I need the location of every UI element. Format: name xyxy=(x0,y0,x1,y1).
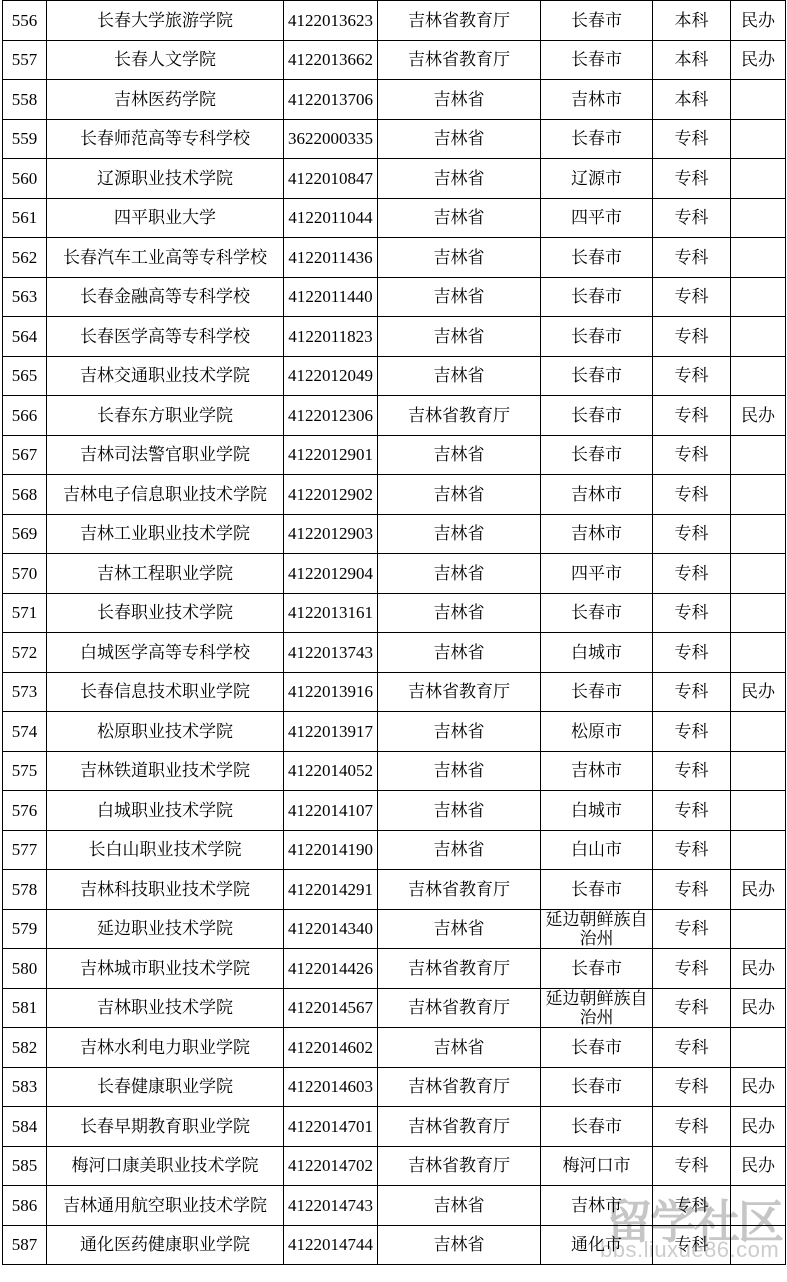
school-name-cell: 长春信息技术职业学院 xyxy=(47,672,284,712)
authority-cell: 吉林省 xyxy=(378,119,541,159)
table-row: 556长春大学旅游学院4122013623吉林省教育厅长春市本科民办 xyxy=(3,1,786,41)
school-name-cell: 长春医学高等专科学校 xyxy=(47,317,284,357)
school-code-cell: 4122013706 xyxy=(284,80,378,120)
row-number-cell: 565 xyxy=(3,356,47,396)
table-row: 572白城医学高等专科学校4122013743吉林省白城市专科 xyxy=(3,633,786,673)
row-number-cell: 577 xyxy=(3,830,47,870)
table-row: 579延边职业技术学院4122014340吉林省延边朝鲜族自治州专科 xyxy=(3,909,786,949)
table-row: 584长春早期教育职业学院4122014701吉林省教育厅长春市专科民办 xyxy=(3,1107,786,1147)
school-name-cell: 长白山职业技术学院 xyxy=(47,830,284,870)
ownership-cell xyxy=(731,435,786,475)
school-code-cell: 4122014190 xyxy=(284,830,378,870)
table-row: 574松原职业技术学院4122013917吉林省松原市专科 xyxy=(3,712,786,752)
level-cell: 专科 xyxy=(653,396,731,436)
row-number-cell: 572 xyxy=(3,633,47,673)
row-number-cell: 566 xyxy=(3,396,47,436)
school-code-cell: 4122012902 xyxy=(284,475,378,515)
city-cell: 松原市 xyxy=(541,712,653,752)
school-name-cell: 吉林交通职业技术学院 xyxy=(47,356,284,396)
row-number-cell: 586 xyxy=(3,1186,47,1226)
authority-cell: 吉林省 xyxy=(378,238,541,278)
level-cell: 专科 xyxy=(653,475,731,515)
city-cell: 通化市 xyxy=(541,1225,653,1265)
table-row: 580吉林城市职业技术学院4122014426吉林省教育厅长春市专科民办 xyxy=(3,949,786,989)
table-row: 564长春医学高等专科学校4122011823吉林省长春市专科 xyxy=(3,317,786,357)
school-name-cell: 吉林工程职业学院 xyxy=(47,554,284,594)
row-number-cell: 560 xyxy=(3,159,47,199)
school-name-cell: 吉林医药学院 xyxy=(47,80,284,120)
table-row: 577长白山职业技术学院4122014190吉林省白山市专科 xyxy=(3,830,786,870)
row-number-cell: 563 xyxy=(3,277,47,317)
ownership-cell: 民办 xyxy=(731,1,786,41)
ownership-cell xyxy=(731,791,786,831)
table-row: 578吉林科技职业技术学院4122014291吉林省教育厅长春市专科民办 xyxy=(3,870,786,910)
level-cell: 专科 xyxy=(653,672,731,712)
authority-cell: 吉林省教育厅 xyxy=(378,988,541,1028)
city-cell: 长春市 xyxy=(541,277,653,317)
row-number-cell: 567 xyxy=(3,435,47,475)
row-number-cell: 569 xyxy=(3,514,47,554)
school-code-cell: 4122013743 xyxy=(284,633,378,673)
ownership-cell xyxy=(731,1028,786,1068)
authority-cell: 吉林省 xyxy=(378,475,541,515)
school-code-cell: 4122014291 xyxy=(284,870,378,910)
authority-cell: 吉林省 xyxy=(378,554,541,594)
table-row: 583长春健康职业学院4122014603吉林省教育厅长春市专科民办 xyxy=(3,1067,786,1107)
row-number-cell: 571 xyxy=(3,593,47,633)
ownership-cell: 民办 xyxy=(731,1107,786,1147)
school-code-cell: 4122013623 xyxy=(284,1,378,41)
city-cell: 长春市 xyxy=(541,672,653,712)
row-number-cell: 568 xyxy=(3,475,47,515)
school-code-cell: 4122012904 xyxy=(284,554,378,594)
school-code-cell: 3622000335 xyxy=(284,119,378,159)
school-name-cell: 吉林工业职业技术学院 xyxy=(47,514,284,554)
city-cell: 长春市 xyxy=(541,356,653,396)
level-cell: 专科 xyxy=(653,909,731,949)
authority-cell: 吉林省 xyxy=(378,277,541,317)
school-name-cell: 吉林铁道职业技术学院 xyxy=(47,751,284,791)
level-cell: 专科 xyxy=(653,1225,731,1265)
school-name-cell: 延边职业技术学院 xyxy=(47,909,284,949)
row-number-cell: 562 xyxy=(3,238,47,278)
level-cell: 本科 xyxy=(653,1,731,41)
authority-cell: 吉林省教育厅 xyxy=(378,1,541,41)
level-cell: 专科 xyxy=(653,1146,731,1186)
authority-cell: 吉林省 xyxy=(378,159,541,199)
ownership-cell: 民办 xyxy=(731,672,786,712)
level-cell: 专科 xyxy=(653,514,731,554)
city-cell: 吉林市 xyxy=(541,514,653,554)
row-number-cell: 556 xyxy=(3,1,47,41)
school-name-cell: 长春金融高等专科学校 xyxy=(47,277,284,317)
authority-cell: 吉林省 xyxy=(378,435,541,475)
city-cell: 长春市 xyxy=(541,238,653,278)
row-number-cell: 576 xyxy=(3,791,47,831)
city-cell: 延边朝鲜族自治州 xyxy=(541,909,653,949)
level-cell: 专科 xyxy=(653,277,731,317)
school-name-cell: 吉林职业技术学院 xyxy=(47,988,284,1028)
level-cell: 专科 xyxy=(653,356,731,396)
city-cell: 长春市 xyxy=(541,870,653,910)
school-name-cell: 长春东方职业学院 xyxy=(47,396,284,436)
table-row: 571长春职业技术学院4122013161吉林省长春市专科 xyxy=(3,593,786,633)
level-cell: 专科 xyxy=(653,317,731,357)
ownership-cell: 民办 xyxy=(731,40,786,80)
table-row: 558吉林医药学院4122013706吉林省吉林市本科 xyxy=(3,80,786,120)
ownership-cell xyxy=(731,830,786,870)
city-cell: 长春市 xyxy=(541,435,653,475)
table-row: 575吉林铁道职业技术学院4122014052吉林省吉林市专科 xyxy=(3,751,786,791)
school-name-cell: 长春人文学院 xyxy=(47,40,284,80)
level-cell: 专科 xyxy=(653,712,731,752)
city-cell: 吉林市 xyxy=(541,1186,653,1226)
school-name-cell: 吉林通用航空职业技术学院 xyxy=(47,1186,284,1226)
school-name-cell: 四平职业大学 xyxy=(47,198,284,238)
school-code-cell: 4122011823 xyxy=(284,317,378,357)
school-name-cell: 吉林司法警官职业学院 xyxy=(47,435,284,475)
row-number-cell: 585 xyxy=(3,1146,47,1186)
school-code-cell: 4122013662 xyxy=(284,40,378,80)
ownership-cell xyxy=(731,554,786,594)
school-code-cell: 4122014743 xyxy=(284,1186,378,1226)
row-number-cell: 581 xyxy=(3,988,47,1028)
city-cell: 吉林市 xyxy=(541,751,653,791)
row-number-cell: 578 xyxy=(3,870,47,910)
level-cell: 专科 xyxy=(653,1107,731,1147)
school-code-cell: 4122014702 xyxy=(284,1146,378,1186)
row-number-cell: 583 xyxy=(3,1067,47,1107)
ownership-cell: 民办 xyxy=(731,949,786,989)
authority-cell: 吉林省 xyxy=(378,593,541,633)
authority-cell: 吉林省 xyxy=(378,830,541,870)
city-cell: 四平市 xyxy=(541,198,653,238)
universities-table-body: 556长春大学旅游学院4122013623吉林省教育厅长春市本科民办557长春人… xyxy=(3,1,786,1265)
ownership-cell xyxy=(731,356,786,396)
authority-cell: 吉林省 xyxy=(378,751,541,791)
level-cell: 专科 xyxy=(653,751,731,791)
school-code-cell: 4122012901 xyxy=(284,435,378,475)
row-number-cell: 559 xyxy=(3,119,47,159)
school-name-cell: 通化医药健康职业学院 xyxy=(47,1225,284,1265)
authority-cell: 吉林省教育厅 xyxy=(378,396,541,436)
authority-cell: 吉林省 xyxy=(378,1028,541,1068)
table-row: 566长春东方职业学院4122012306吉林省教育厅长春市专科民办 xyxy=(3,396,786,436)
authority-cell: 吉林省教育厅 xyxy=(378,1146,541,1186)
authority-cell: 吉林省 xyxy=(378,317,541,357)
authority-cell: 吉林省 xyxy=(378,909,541,949)
level-cell: 专科 xyxy=(653,791,731,831)
table-row: 563长春金融高等专科学校4122011440吉林省长春市专科 xyxy=(3,277,786,317)
school-code-cell: 4122014340 xyxy=(284,909,378,949)
ownership-cell xyxy=(731,198,786,238)
table-row: 581吉林职业技术学院4122014567吉林省教育厅延边朝鲜族自治州专科民办 xyxy=(3,988,786,1028)
city-cell: 辽源市 xyxy=(541,159,653,199)
city-cell: 白城市 xyxy=(541,791,653,831)
school-name-cell: 长春大学旅游学院 xyxy=(47,1,284,41)
school-code-cell: 4122012903 xyxy=(284,514,378,554)
ownership-cell: 民办 xyxy=(731,988,786,1028)
authority-cell: 吉林省 xyxy=(378,80,541,120)
authority-cell: 吉林省教育厅 xyxy=(378,672,541,712)
city-cell: 长春市 xyxy=(541,1028,653,1068)
school-code-cell: 4122014107 xyxy=(284,791,378,831)
level-cell: 本科 xyxy=(653,40,731,80)
authority-cell: 吉林省 xyxy=(378,791,541,831)
ownership-cell xyxy=(731,1186,786,1226)
table-row: 569吉林工业职业技术学院4122012903吉林省吉林市专科 xyxy=(3,514,786,554)
city-cell: 四平市 xyxy=(541,554,653,594)
table-row: 561四平职业大学4122011044吉林省四平市专科 xyxy=(3,198,786,238)
school-code-cell: 4122013161 xyxy=(284,593,378,633)
level-cell: 专科 xyxy=(653,988,731,1028)
row-number-cell: 558 xyxy=(3,80,47,120)
authority-cell: 吉林省 xyxy=(378,514,541,554)
city-cell: 长春市 xyxy=(541,317,653,357)
authority-cell: 吉林省 xyxy=(378,1225,541,1265)
school-name-cell: 长春早期教育职业学院 xyxy=(47,1107,284,1147)
authority-cell: 吉林省 xyxy=(378,356,541,396)
school-code-cell: 4122013917 xyxy=(284,712,378,752)
authority-cell: 吉林省教育厅 xyxy=(378,1107,541,1147)
school-code-cell: 4122014426 xyxy=(284,949,378,989)
school-name-cell: 松原职业技术学院 xyxy=(47,712,284,752)
row-number-cell: 582 xyxy=(3,1028,47,1068)
row-number-cell: 584 xyxy=(3,1107,47,1147)
school-name-cell: 吉林水利电力职业学院 xyxy=(47,1028,284,1068)
school-code-cell: 4122014567 xyxy=(284,988,378,1028)
authority-cell: 吉林省 xyxy=(378,633,541,673)
level-cell: 专科 xyxy=(653,119,731,159)
table-row: 582吉林水利电力职业学院4122014602吉林省长春市专科 xyxy=(3,1028,786,1068)
row-number-cell: 570 xyxy=(3,554,47,594)
ownership-cell xyxy=(731,751,786,791)
table-row: 567吉林司法警官职业学院4122012901吉林省长春市专科 xyxy=(3,435,786,475)
school-name-cell: 长春汽车工业高等专科学校 xyxy=(47,238,284,278)
level-cell: 专科 xyxy=(653,1067,731,1107)
ownership-cell: 民办 xyxy=(731,396,786,436)
school-code-cell: 4122014603 xyxy=(284,1067,378,1107)
ownership-cell xyxy=(731,909,786,949)
city-cell: 长春市 xyxy=(541,1067,653,1107)
table-row: 576白城职业技术学院4122014107吉林省白城市专科 xyxy=(3,791,786,831)
ownership-cell xyxy=(731,277,786,317)
table-row: 573长春信息技术职业学院4122013916吉林省教育厅长春市专科民办 xyxy=(3,672,786,712)
level-cell: 本科 xyxy=(653,80,731,120)
school-name-cell: 长春职业技术学院 xyxy=(47,593,284,633)
city-cell: 长春市 xyxy=(541,1107,653,1147)
ownership-cell xyxy=(731,238,786,278)
table-row: 586吉林通用航空职业技术学院4122014743吉林省吉林市专科 xyxy=(3,1186,786,1226)
ownership-cell: 民办 xyxy=(731,870,786,910)
level-cell: 专科 xyxy=(653,593,731,633)
ownership-cell: 民办 xyxy=(731,1146,786,1186)
school-name-cell: 白城医学高等专科学校 xyxy=(47,633,284,673)
table-row: 562长春汽车工业高等专科学校4122011436吉林省长春市专科 xyxy=(3,238,786,278)
table-row: 570吉林工程职业学院4122012904吉林省四平市专科 xyxy=(3,554,786,594)
table-row: 568吉林电子信息职业技术学院4122012902吉林省吉林市专科 xyxy=(3,475,786,515)
school-name-cell: 吉林电子信息职业技术学院 xyxy=(47,475,284,515)
ownership-cell xyxy=(731,1225,786,1265)
ownership-cell xyxy=(731,633,786,673)
school-name-cell: 梅河口康美职业技术学院 xyxy=(47,1146,284,1186)
level-cell: 专科 xyxy=(653,633,731,673)
school-name-cell: 长春师范高等专科学校 xyxy=(47,119,284,159)
row-number-cell: 575 xyxy=(3,751,47,791)
level-cell: 专科 xyxy=(653,870,731,910)
row-number-cell: 557 xyxy=(3,40,47,80)
ownership-cell xyxy=(731,593,786,633)
level-cell: 专科 xyxy=(653,435,731,475)
city-cell: 长春市 xyxy=(541,40,653,80)
level-cell: 专科 xyxy=(653,830,731,870)
authority-cell: 吉林省教育厅 xyxy=(378,1067,541,1107)
city-cell: 长春市 xyxy=(541,1,653,41)
authority-cell: 吉林省 xyxy=(378,712,541,752)
ownership-cell xyxy=(731,514,786,554)
school-code-cell: 4122014052 xyxy=(284,751,378,791)
city-cell: 长春市 xyxy=(541,593,653,633)
level-cell: 专科 xyxy=(653,198,731,238)
authority-cell: 吉林省 xyxy=(378,1186,541,1226)
ownership-cell xyxy=(731,475,786,515)
level-cell: 专科 xyxy=(653,554,731,594)
table-row: 560辽源职业技术学院4122010847吉林省辽源市专科 xyxy=(3,159,786,199)
table-row: 585梅河口康美职业技术学院4122014702吉林省教育厅梅河口市专科民办 xyxy=(3,1146,786,1186)
table-row: 557长春人文学院4122013662吉林省教育厅长春市本科民办 xyxy=(3,40,786,80)
level-cell: 专科 xyxy=(653,1186,731,1226)
table-row: 587通化医药健康职业学院4122014744吉林省通化市专科 xyxy=(3,1225,786,1265)
school-code-cell: 4122013916 xyxy=(284,672,378,712)
row-number-cell: 573 xyxy=(3,672,47,712)
school-name-cell: 吉林城市职业技术学院 xyxy=(47,949,284,989)
school-code-cell: 4122012306 xyxy=(284,396,378,436)
city-cell: 白山市 xyxy=(541,830,653,870)
ownership-cell xyxy=(731,317,786,357)
ownership-cell: 民办 xyxy=(731,1067,786,1107)
level-cell: 专科 xyxy=(653,159,731,199)
level-cell: 专科 xyxy=(653,1028,731,1068)
school-name-cell: 长春健康职业学院 xyxy=(47,1067,284,1107)
school-name-cell: 吉林科技职业技术学院 xyxy=(47,870,284,910)
authority-cell: 吉林省 xyxy=(378,198,541,238)
row-number-cell: 574 xyxy=(3,712,47,752)
table-row: 565吉林交通职业技术学院4122012049吉林省长春市专科 xyxy=(3,356,786,396)
school-code-cell: 4122012049 xyxy=(284,356,378,396)
authority-cell: 吉林省教育厅 xyxy=(378,870,541,910)
row-number-cell: 561 xyxy=(3,198,47,238)
ownership-cell xyxy=(731,159,786,199)
school-code-cell: 4122011436 xyxy=(284,238,378,278)
table-row: 559长春师范高等专科学校3622000335吉林省长春市专科 xyxy=(3,119,786,159)
city-cell: 梅河口市 xyxy=(541,1146,653,1186)
school-code-cell: 4122014744 xyxy=(284,1225,378,1265)
city-cell: 延边朝鲜族自治州 xyxy=(541,988,653,1028)
row-number-cell: 564 xyxy=(3,317,47,357)
school-name-cell: 辽源职业技术学院 xyxy=(47,159,284,199)
row-number-cell: 580 xyxy=(3,949,47,989)
city-cell: 长春市 xyxy=(541,119,653,159)
school-name-cell: 白城职业技术学院 xyxy=(47,791,284,831)
school-code-cell: 4122014701 xyxy=(284,1107,378,1147)
school-code-cell: 4122010847 xyxy=(284,159,378,199)
city-cell: 长春市 xyxy=(541,396,653,436)
row-number-cell: 587 xyxy=(3,1225,47,1265)
city-cell: 长春市 xyxy=(541,949,653,989)
school-code-cell: 4122014602 xyxy=(284,1028,378,1068)
city-cell: 白城市 xyxy=(541,633,653,673)
universities-table: 556长春大学旅游学院4122013623吉林省教育厅长春市本科民办557长春人… xyxy=(2,0,786,1265)
ownership-cell xyxy=(731,119,786,159)
city-cell: 吉林市 xyxy=(541,80,653,120)
row-number-cell: 579 xyxy=(3,909,47,949)
ownership-cell xyxy=(731,80,786,120)
school-code-cell: 4122011044 xyxy=(284,198,378,238)
level-cell: 专科 xyxy=(653,238,731,278)
ownership-cell xyxy=(731,712,786,752)
authority-cell: 吉林省教育厅 xyxy=(378,949,541,989)
school-code-cell: 4122011440 xyxy=(284,277,378,317)
authority-cell: 吉林省教育厅 xyxy=(378,40,541,80)
city-cell: 吉林市 xyxy=(541,475,653,515)
level-cell: 专科 xyxy=(653,949,731,989)
